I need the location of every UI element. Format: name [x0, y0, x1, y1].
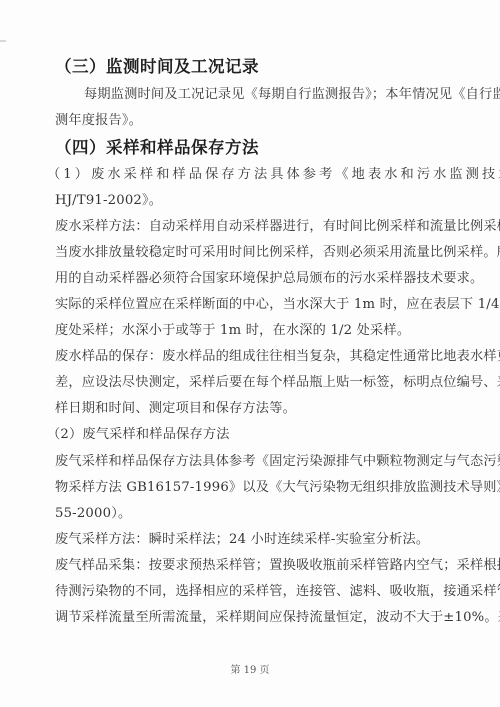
paragraph-line: 废气样品采集：按要求预热采样管；置换吸收瓶前采样管路内空气；采样根据 [55, 558, 460, 574]
paragraph-line: 55-2000）。 [55, 506, 460, 522]
section-heading-sampling-methods: （四）采样和样品保存方法 [55, 138, 460, 158]
paragraph-line: 测年度报告》。 [55, 113, 460, 129]
paragraph-line: 度处采样；水深小于或等于 1m 时，在水深的 1/2 处采样。 [55, 323, 460, 339]
paragraph-line: 当废水排放量较稳定时可采用时间比例采样，否则必须采用流量比例采样。所 [55, 245, 460, 261]
paragraph-line: 每期监测时间及工况记录见《每期自行监测报告》；本年情况见《自行监 [84, 87, 460, 103]
paragraph-line: 调节采样流量至所需流量，采样期间应保持流量恒定，波动不大于±10%。采样时 [55, 610, 460, 626]
document-page: （三）监测时间及工况记录 每期监测时间及工况记录见《每期自行监测报告》；本年情况… [0, 0, 500, 707]
paragraph-line: HJ/T91-2002》。 [55, 193, 460, 209]
paragraph-line: 用的自动采样器必须符合国家环境保护总局颁布的污水采样器技术要求。 [55, 271, 460, 287]
subsection-waste-gas-heading: （2）废气采样和样品保存方法 [47, 427, 460, 443]
paragraph-line: 废气采样方法：瞬时采样法；24 小时连续采样-实验室分析法。 [55, 532, 460, 548]
paragraph-line: 实际的采样位置应在采样断面的中心，当水深大于 1m 时，应在表层下 1/4 深 [55, 297, 460, 313]
paragraph-line: 差，应设法尽快测定，采样后要在每个样品瓶上贴一标签，标明点位编号、采 [55, 375, 460, 391]
paragraph-line: 废气采样和样品保存方法具体参考《固定污染源排气中颗粒物测定与气态污染 [55, 454, 460, 470]
paragraph-line: 样日期和时间、测定项目和保存方法等。 [55, 401, 460, 417]
scan-edge-mark [0, 40, 6, 42]
paragraph-line: 物采样方法 GB16157-1996》以及《大气污染物无组织排放监测技术导则》（… [55, 480, 460, 496]
paragraph-line: 待测污染物的不同，选择相应的采样管，连接管、滤料、吸收瓶，接通采样管路， [55, 584, 460, 600]
paragraph-line: 废水样品的保存：废水样品的组成往往相当复杂，其稳定性通常比地表水样更 [55, 349, 460, 365]
paragraph-line: 废水采样方法：自动采样用自动采样器进行，有时间比例采样和流量比例采样。 [55, 219, 460, 235]
section-heading-monitoring-time: （三）监测时间及工况记录 [55, 57, 460, 77]
page-number: 第 19 页 [0, 661, 500, 676]
subsection-wastewater-intro: （1）废水采样和样品保存方法具体参考《地表水和污水监测技术规范 [47, 167, 460, 183]
